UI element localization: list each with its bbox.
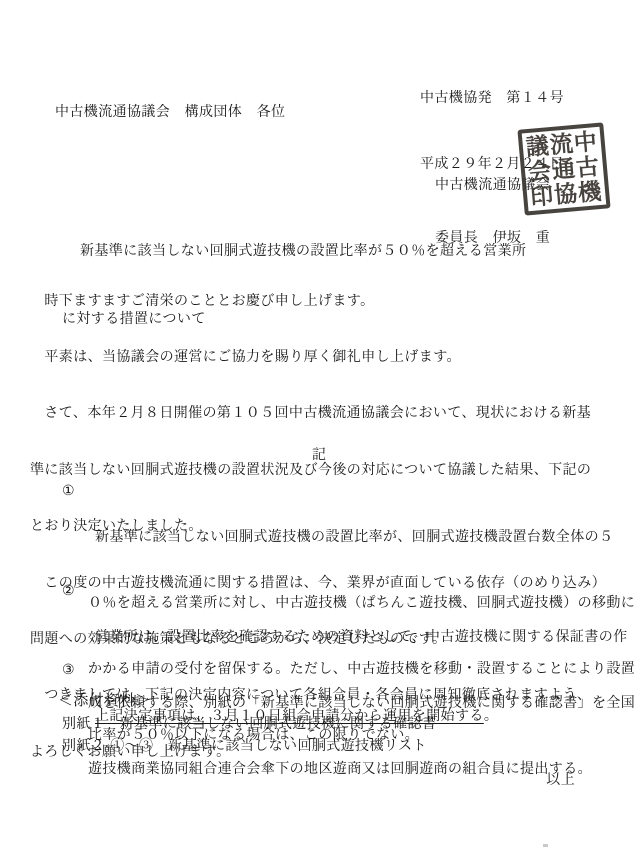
seal-column-right: 中古機 bbox=[573, 129, 603, 205]
attachment-line: 別紙１ 新基準に該当しない回胴式遊技機に関する確認書 bbox=[62, 716, 436, 735]
item-marker: ① bbox=[62, 483, 75, 500]
item-marker: ② bbox=[62, 583, 75, 600]
addressee: 中古機流通協議会 構成団体 各位 bbox=[55, 104, 285, 123]
item-marker: ③ bbox=[62, 662, 75, 679]
body-line: 平素は、当協議会の運営にご協力を賜り厚く御礼申し上げます。 bbox=[30, 349, 606, 368]
closing-text: 以上 bbox=[0, 772, 575, 791]
scan-artifact bbox=[543, 844, 548, 847]
body-line: 時下ますますご清栄のこととお慶び申し上げます。 bbox=[30, 293, 606, 312]
record-heading: 記 bbox=[0, 447, 640, 466]
seal-text: 中古機 bbox=[573, 129, 603, 206]
attachments-heading: ＜添付資料＞ bbox=[58, 692, 150, 711]
item-line-tail: 。 bbox=[484, 709, 498, 724]
scanned-letter-page: 中古機協発 第１４号 平成２９年２月２４日 中古機流通協議会 構成団体 各位 中… bbox=[0, 0, 640, 856]
doc-number: 中古機協発 第１４号 bbox=[420, 88, 564, 110]
body-line: さて、本年２月８日開催の第１０５回中古機流通協議会において、現状における新基 bbox=[30, 405, 606, 424]
official-seal-stamp: 中古機 流通協 議会印 bbox=[517, 122, 610, 215]
item-line: 新基準に該当しない回胴式遊技機の設置比率が、回胴式遊技機設置台数全体の５ bbox=[88, 527, 635, 549]
attachment-line: 別紙２-①～③ 新基準に該当しない回胴式遊技機リスト bbox=[62, 738, 427, 757]
item-line: 営業所は、設置比率を確認するための資料として、中古遊技機に関する保証書の作 bbox=[88, 627, 635, 649]
